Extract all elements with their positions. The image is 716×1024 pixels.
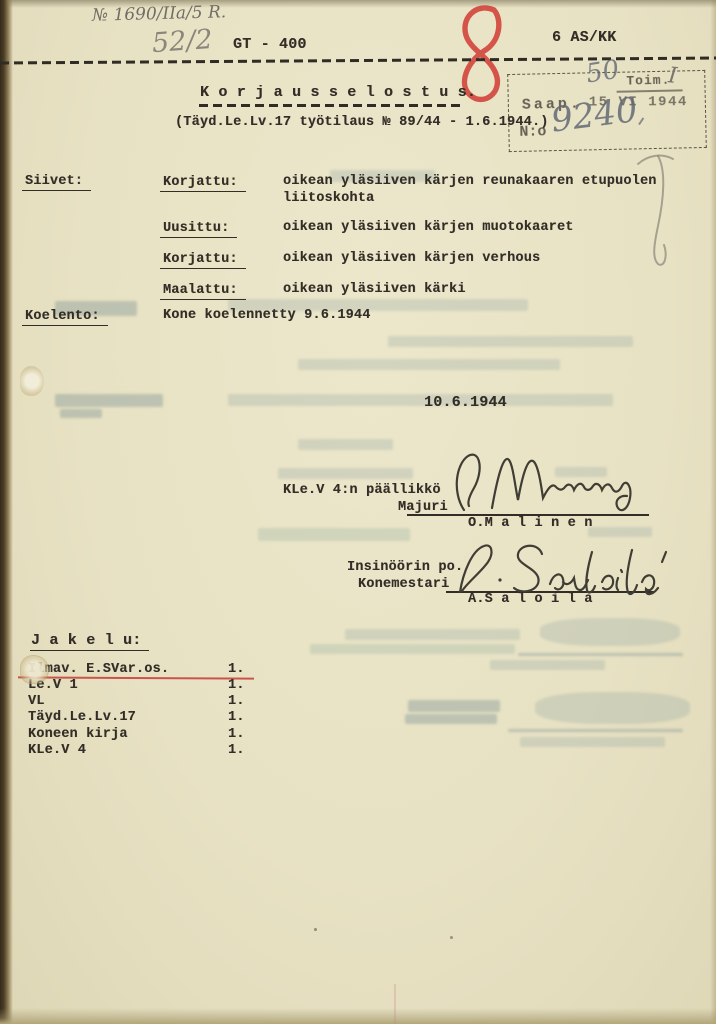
section-label-text: Siivet: bbox=[22, 174, 91, 191]
distribution-count: 1. bbox=[228, 678, 245, 693]
paper-left-edge bbox=[0, 0, 13, 1024]
stamp-number-label: N:o bbox=[519, 123, 546, 141]
pencil-initial-squiggle bbox=[628, 146, 678, 276]
stamp-department-numeral: I bbox=[667, 63, 678, 89]
repair-text-line: liitoskohta bbox=[283, 191, 374, 206]
section-label-text: Koelento: bbox=[22, 309, 108, 326]
action-label: Korjattu: bbox=[160, 252, 246, 267]
repair-text-line: oikean yläsiiven kärjen muotokaaret bbox=[283, 220, 574, 235]
action-label-text: Korjattu: bbox=[160, 175, 246, 192]
signer-typed-name: A.S a l o i l a bbox=[468, 592, 593, 607]
arrival-stamp-box: 50 Toim. I Saap. 15 VI 1944 N:o 9240 bbox=[507, 70, 707, 152]
distribution-count: 1. bbox=[228, 743, 245, 758]
action-label: Korjattu: bbox=[160, 175, 246, 190]
document-title: K o r j a u s s e l o s t u s. bbox=[200, 84, 476, 101]
paper-speck bbox=[450, 936, 453, 939]
distribution-item: Ilmav. E.SVar.os. bbox=[28, 662, 169, 677]
distribution-item: Täyd.Le.Lv.17 bbox=[28, 710, 136, 725]
bleedthrough-text bbox=[228, 394, 613, 406]
test-flight-text: Kone koelennetty 9.6.1944 bbox=[163, 308, 371, 323]
bleedthrough-signature bbox=[540, 618, 680, 646]
section-label-koelento: Koelento: bbox=[22, 309, 108, 324]
bleedthrough-text bbox=[520, 737, 665, 747]
bleedthrough-text bbox=[60, 409, 102, 418]
bleedthrough-text bbox=[405, 714, 497, 724]
distribution-count: 1. bbox=[228, 662, 245, 677]
action-label-text: Uusittu: bbox=[160, 221, 237, 238]
bleedthrough-text bbox=[345, 629, 520, 640]
paper-hole-stain bbox=[20, 366, 44, 396]
distribution-count: 1. bbox=[228, 727, 245, 742]
handwritten-reference-number: № 1690/IIa/5 R. bbox=[92, 2, 227, 26]
signer-typed-name: O.M a l i n e n bbox=[468, 516, 593, 531]
bleedthrough-text bbox=[258, 528, 410, 541]
signer-rank: Majuri bbox=[398, 500, 448, 515]
bleedthrough-text bbox=[310, 644, 515, 654]
bleedthrough-text bbox=[278, 468, 413, 479]
paper-stain bbox=[20, 655, 49, 684]
bleedthrough-signature bbox=[535, 692, 690, 724]
signer-rank: Konemestari bbox=[358, 577, 449, 592]
handwritten-code: 52/2 bbox=[151, 24, 214, 59]
stamp-department-label: Toim. bbox=[626, 73, 670, 89]
distribution-count: 1. bbox=[228, 710, 245, 725]
distribution-heading-text: J a k e l u: bbox=[30, 632, 149, 651]
repair-text-line: oikean yläsiiven kärjen verhous bbox=[283, 251, 540, 266]
stamp-pen-tick bbox=[638, 117, 644, 125]
bleedthrough-rule bbox=[518, 653, 683, 656]
action-label-text: Maalattu: bbox=[160, 283, 246, 300]
unit-code: 6 AS/KK bbox=[552, 29, 616, 46]
bleedthrough-text bbox=[298, 439, 393, 450]
distribution-item: KLe.V 4 bbox=[28, 743, 86, 758]
action-label: Uusittu: bbox=[160, 221, 237, 236]
stamp-handwritten-number: 50 bbox=[584, 55, 621, 90]
bleedthrough-text bbox=[55, 394, 163, 407]
distribution-heading: J a k e l u: bbox=[30, 632, 149, 649]
bleedthrough-text bbox=[588, 527, 652, 537]
paper-bottom-edge bbox=[0, 1008, 716, 1024]
section-label-siivet: Siivet: bbox=[22, 174, 91, 189]
omalinen-handwritten-signature bbox=[448, 446, 648, 526]
paper-crease bbox=[394, 984, 396, 1024]
distribution-count: 1. bbox=[228, 694, 245, 709]
action-label: Maalattu: bbox=[160, 283, 246, 298]
title-dashed-underline bbox=[199, 104, 463, 107]
bleedthrough-rule bbox=[508, 729, 683, 732]
repair-text-line: oikean yläsiiven kärki bbox=[283, 282, 466, 297]
document-date: 10.6.1944 bbox=[424, 394, 507, 411]
document-subtitle: (Täyd.Le.Lv.17 työtilaus № 89/44 - 1.6.1… bbox=[175, 115, 549, 130]
signer-title: KLe.V 4:n päällikkö bbox=[283, 483, 441, 498]
bleedthrough-text bbox=[408, 700, 500, 712]
signer-title: Insinöörin po. bbox=[347, 560, 463, 575]
bleedthrough-text bbox=[298, 359, 560, 370]
bleedthrough-text bbox=[490, 660, 605, 670]
bleedthrough-text bbox=[388, 336, 633, 347]
paper-right-edge bbox=[710, 0, 716, 1024]
aircraft-code: GT - 400 bbox=[233, 36, 307, 53]
action-label-text: Korjattu: bbox=[160, 252, 246, 269]
distribution-item: VL bbox=[28, 694, 45, 709]
distribution-item: Koneen kirja bbox=[28, 727, 128, 742]
repair-text-line: oikean yläsiiven kärjen reunakaaren etup… bbox=[283, 174, 657, 189]
paper-speck bbox=[314, 928, 317, 931]
